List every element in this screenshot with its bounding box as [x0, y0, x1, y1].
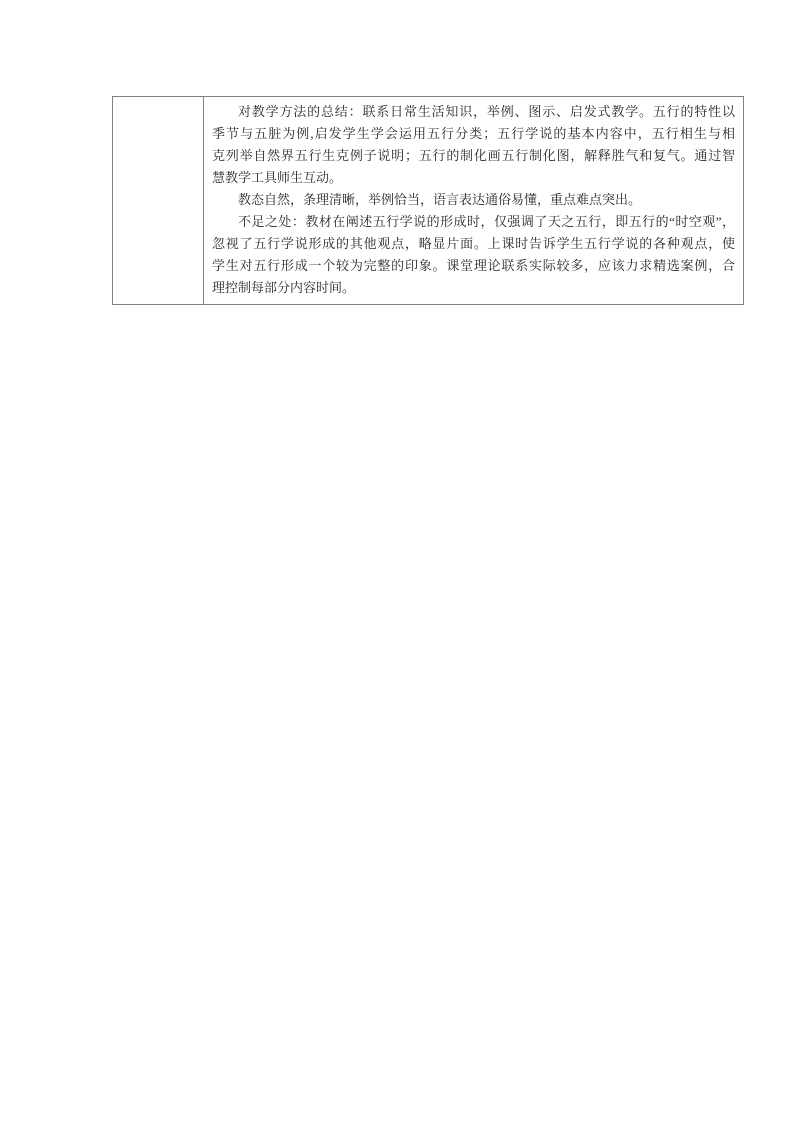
- text-line: 不足之处：教材在阐述五行学说的形成时，仅强调了天之五行，即五行的“时空观”，: [212, 211, 735, 233]
- table-content-cell: 对教学方法的总结：联系日常生活知识，举例、图示、启发式教学。五行的特性以 季节与…: [204, 97, 744, 305]
- teaching-review-table: 对教学方法的总结：联系日常生活知识，举例、图示、启发式教学。五行的特性以 季节与…: [112, 96, 744, 305]
- text-line: 忽视了五行学说形成的其他观点，略显片面。上课时告诉学生五行学说的各种观点，使: [212, 233, 735, 255]
- text-line: 理控制每部分内容时间。: [212, 277, 735, 299]
- table-row: 对教学方法的总结：联系日常生活知识，举例、图示、启发式教学。五行的特性以 季节与…: [113, 97, 744, 305]
- table-label-cell: [113, 97, 204, 305]
- text-line: 对教学方法的总结：联系日常生活知识，举例、图示、启发式教学。五行的特性以: [212, 101, 735, 123]
- text-line: 学生对五行形成一个较为完整的印象。课堂理论联系实际较多，应该力求精选案例，合: [212, 255, 735, 277]
- text-line: 季节与五脏为例,启发学生学会运用五行分类；五行学说的基本内容中，五行相生与相: [212, 123, 735, 145]
- text-line: 克列举自然界五行生克例子说明；五行的制化画五行制化图，解释胜气和复气。通过智: [212, 145, 735, 167]
- text-line: 慧教学工具师生互动。: [212, 167, 735, 189]
- document-page: 对教学方法的总结：联系日常生活知识，举例、图示、启发式教学。五行的特性以 季节与…: [0, 0, 794, 1123]
- text-line: 教态自然，条理清晰，举例恰当，语言表达通俗易懂，重点难点突出。: [212, 189, 735, 211]
